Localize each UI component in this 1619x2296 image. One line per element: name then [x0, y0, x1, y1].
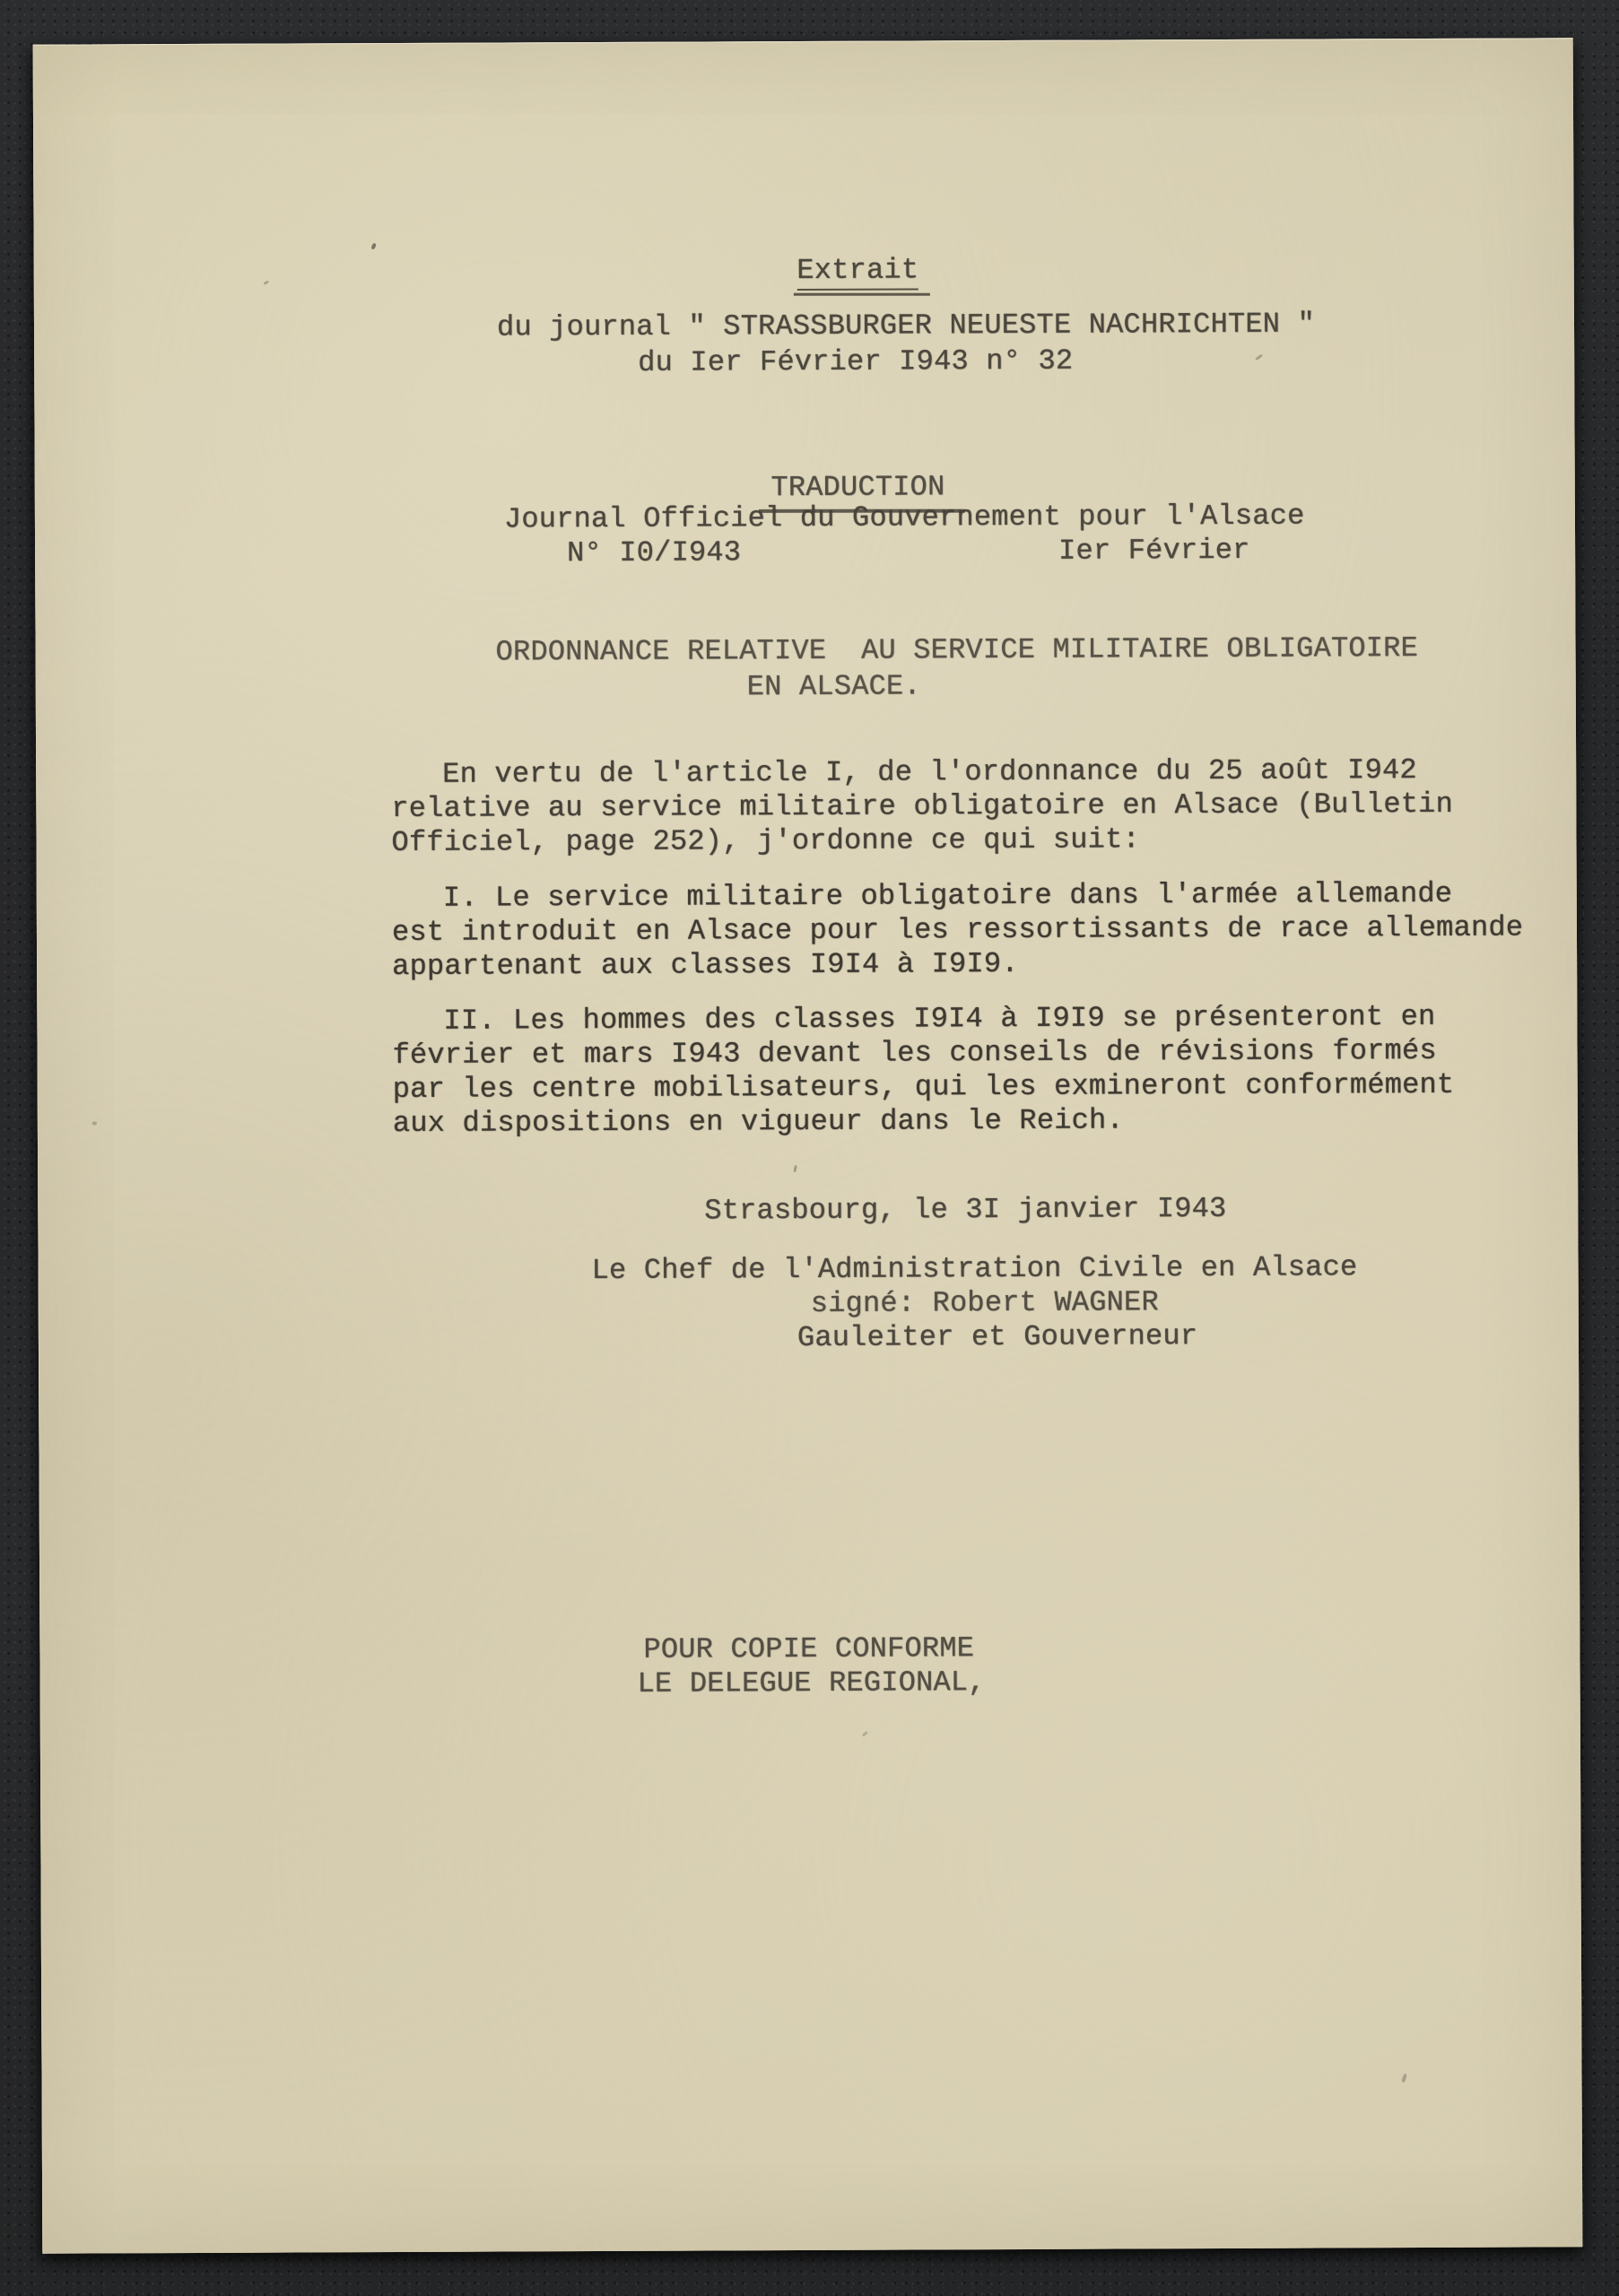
ink-speck: [1255, 353, 1263, 361]
issue-number: N° I0/I943: [567, 537, 741, 569]
signature-role-line: Gauleiter et Gouverneur: [797, 1321, 1197, 1353]
article2-line: par les centre mobilisateurs, qui les ex…: [393, 1070, 1455, 1105]
source-journal-line: du journal " STRASSBURGER NEUESTE NACHRI…: [497, 309, 1315, 344]
paper-fiber: [1401, 2074, 1407, 2083]
official-journal-line: Journal Officiel du Gouvernement pour l'…: [504, 501, 1305, 535]
article2-line: II. Les hommes des classes I9I4 à I9I9 s…: [443, 1002, 1435, 1037]
paper-fiber: [862, 1731, 868, 1737]
article2-line: aux dispositions en vigueur dans le Reic…: [393, 1105, 1124, 1139]
ordinance-title-line1: ORDONNANCE RELATIVE AU SERVICE MILITAIRE…: [496, 633, 1419, 667]
certification-line2: LE DELEGUE REGIONAL,: [638, 1667, 986, 1700]
scanned-document-screenshot: { "document": { "title": "Extrait", "sou…: [0, 0, 1619, 2296]
certification-line1: POUR COPIE CONFORME: [643, 1633, 974, 1665]
issue-date: Ier Février: [1058, 535, 1250, 567]
signature-name-line: signé: Robert WAGNER: [811, 1287, 1159, 1319]
paper-blemish: [92, 1121, 97, 1125]
source-date-line: du Ier Février I943 n° 32: [638, 346, 1073, 378]
dateline: Strasbourg, le 3I janvier I943: [704, 1194, 1226, 1227]
article2-line: février et mars I943 devant les conseils…: [392, 1036, 1436, 1071]
preamble-line: En vertu de l'article I, de l'ordonnance…: [442, 755, 1417, 790]
page-title-text: Extrait: [796, 255, 918, 291]
ink-speck: [370, 243, 377, 250]
ink-speck: [263, 280, 269, 285]
preamble-line: relative au service militaire obligatoir…: [391, 789, 1453, 824]
ordinance-title-line2: EN ALSACE.: [747, 671, 921, 702]
article1-line: est introduit en Alsace pour les ressort…: [392, 913, 1523, 949]
paper-sheet: Extrait du journal " STRASSBURGER NEUEST…: [33, 38, 1583, 2253]
signature-title-line: Le Chef de l'Administration Civile en Al…: [592, 1252, 1358, 1286]
article1-line: appartenant aux classes I9I4 à I9I9.: [392, 949, 1019, 982]
article1-line: I. Le service militaire obligatoire dans…: [443, 879, 1453, 914]
preamble-line: Officiel, page 252), j'ordonne ce qui su…: [391, 824, 1139, 858]
page-title: Extrait: [727, 224, 919, 321]
ink-speck: [793, 1165, 797, 1172]
